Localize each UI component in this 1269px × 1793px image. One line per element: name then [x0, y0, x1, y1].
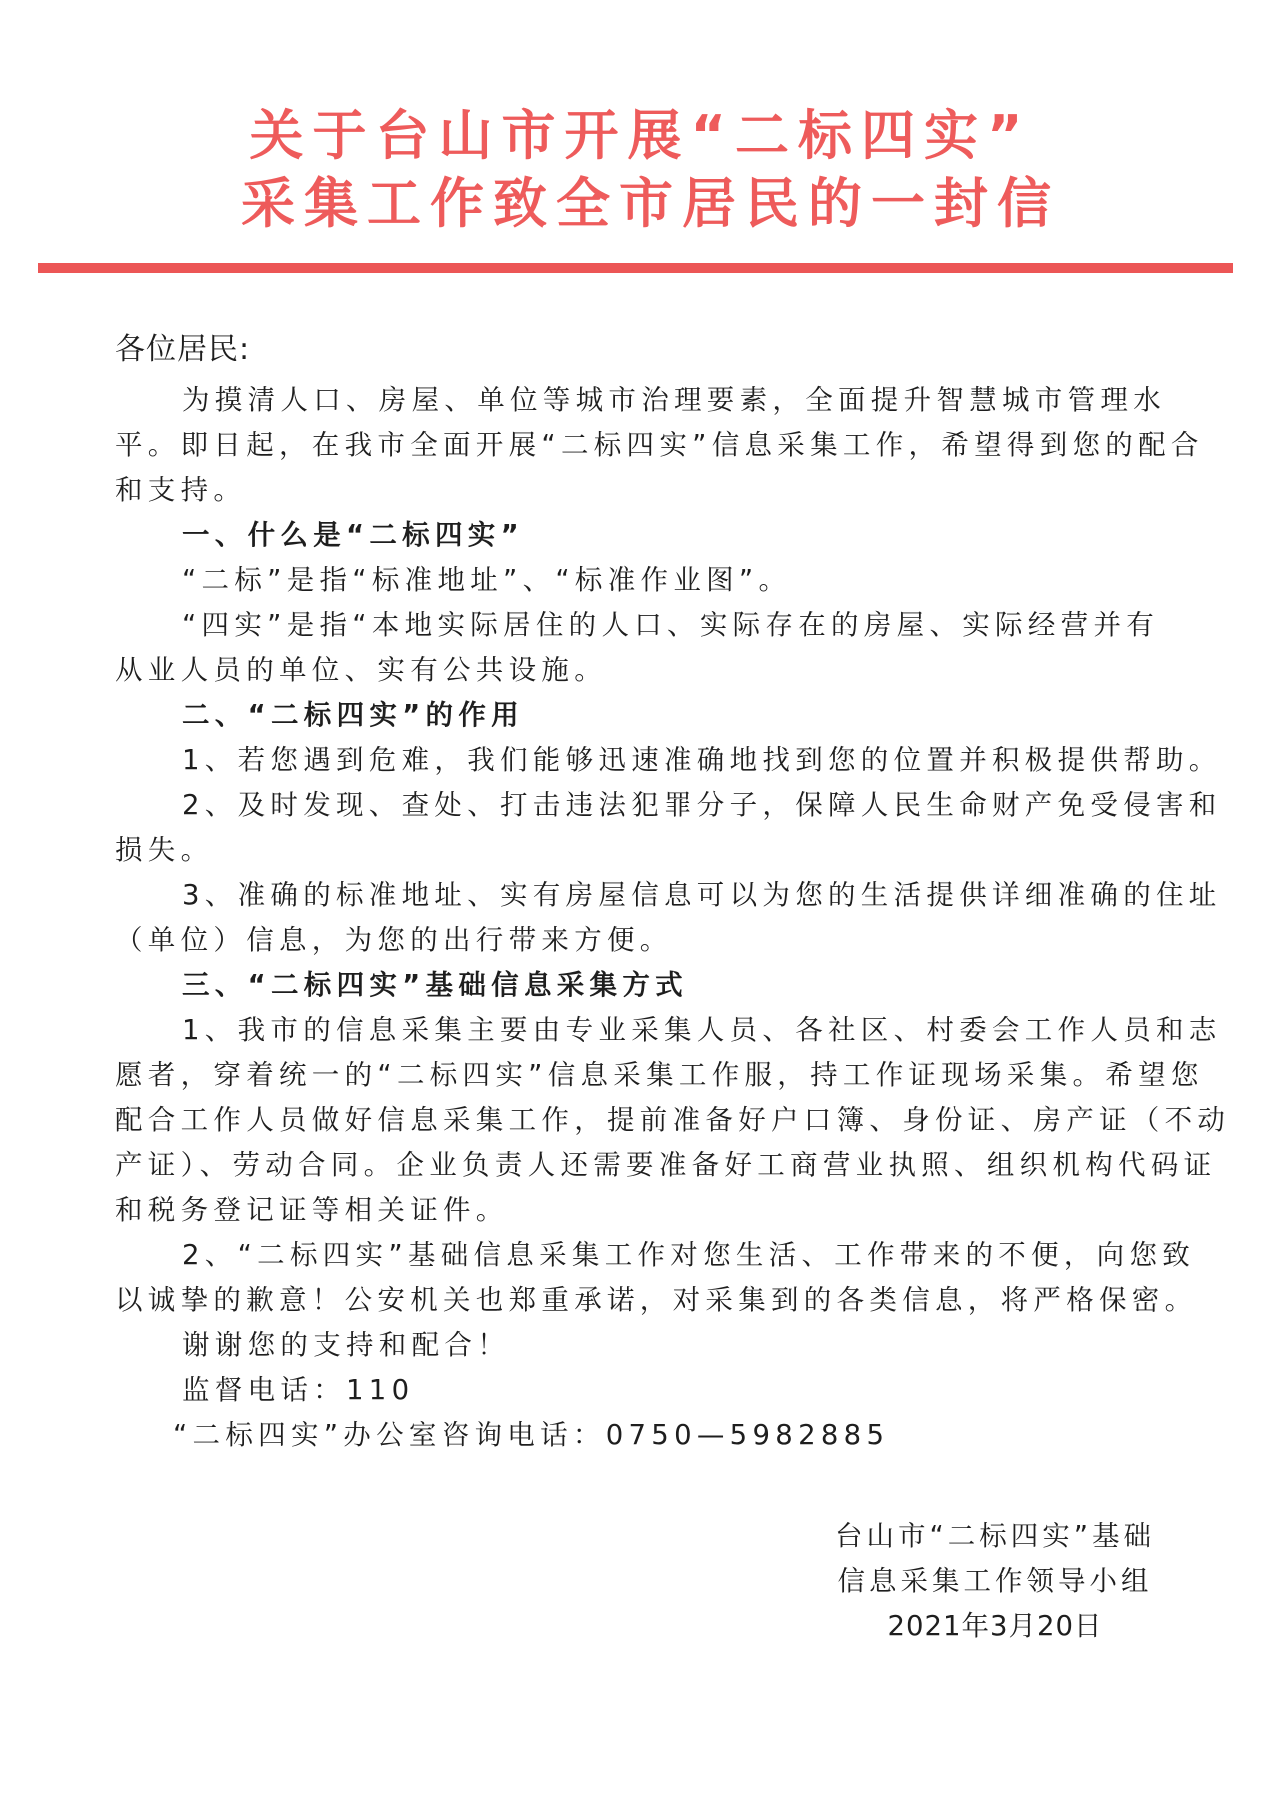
paragraph-line: （单位）信息，为您的出行带来方便。 — [115, 920, 673, 960]
paragraph-line: 和税务登记证等相关证件。 — [115, 1190, 509, 1230]
list-item: 2、及时发现、查处、打击违法犯罪分子，保障人民生命财产免受侵害和 — [115, 785, 1222, 825]
list-item: 1、我市的信息采集主要由专业采集人员、各社区、村委会工作人员和志 — [115, 1010, 1222, 1050]
list-item: 1、若您遇到危难，我们能够迅速准确地找到您的位置并积极提供帮助。 — [115, 740, 1222, 780]
paragraph-line: 产证）、劳动合同。企业负责人还需要准备好工商营业执照、组织机构代码证 — [115, 1145, 1216, 1185]
signature-org-line-2: 信息采集工作领导小组 — [820, 1561, 1170, 1601]
list-item: 3、准确的标准地址、实有房屋信息可以为您的生活提供详细准确的住址 — [115, 875, 1222, 915]
paragraph-line: 以诚挚的歉意！公安机关也郑重承诺，对采集到的各类信息，将严格保密。 — [115, 1280, 1197, 1320]
paragraph-line: 和支持。 — [115, 470, 246, 510]
list-item: 2、“二标四实”基础信息采集工作对您生活、工作带来的不便，向您致 — [115, 1235, 1195, 1275]
section-heading-3: 三、“二标四实”基础信息采集方式 — [115, 965, 688, 1005]
paragraph-line: 配合工作人员做好信息采集工作，提前准备好户口簿、身份证、房产证（不动 — [115, 1100, 1230, 1140]
section-heading-1: 一、什么是“二标四实” — [115, 515, 524, 555]
letter-title-line-1: 关于台山市开展“二标四实” — [6, 106, 1269, 166]
paragraph-line: 从业人员的单位、实有公共设施。 — [115, 650, 607, 690]
paragraph-line: 损失。 — [115, 830, 213, 870]
thanks-line: 谢谢您的支持和配合！ — [115, 1325, 510, 1365]
paragraph-line: 愿者，穿着统一的“二标四实”信息采集工作服，持工作证现场采集。希望您 — [115, 1055, 1204, 1095]
signature-org-line-1: 台山市“二标四实”基础 — [820, 1516, 1170, 1556]
paragraph-line: 为摸清人口、房屋、单位等城市治理要素，全面提升智慧城市管理水 — [115, 380, 1166, 420]
paragraph-line: 平。即日起，在我市全面开展“二标四实”信息采集工作，希望得到您的配合 — [115, 425, 1204, 465]
signature-date: 2021年3月20日 — [820, 1606, 1170, 1646]
section-heading-2: 二、“二标四实”的作用 — [115, 695, 524, 735]
office-phone: “二标四实”办公室咨询电话：0750—5982885 — [115, 1415, 889, 1455]
supervision-phone: 监督电话：110 — [115, 1370, 414, 1410]
letter-title-line-2: 采集工作致全市居民的一封信 — [16, 174, 1269, 234]
red-divider-rule — [38, 263, 1233, 273]
paragraph-line: “四实”是指“本地实际居住的人口、实际存在的房屋、实际经营并有 — [115, 605, 1159, 645]
salutation: 各位居民: — [115, 330, 250, 370]
paragraph-line: “二标”是指“标准地址”、“标准作业图”。 — [115, 560, 791, 600]
